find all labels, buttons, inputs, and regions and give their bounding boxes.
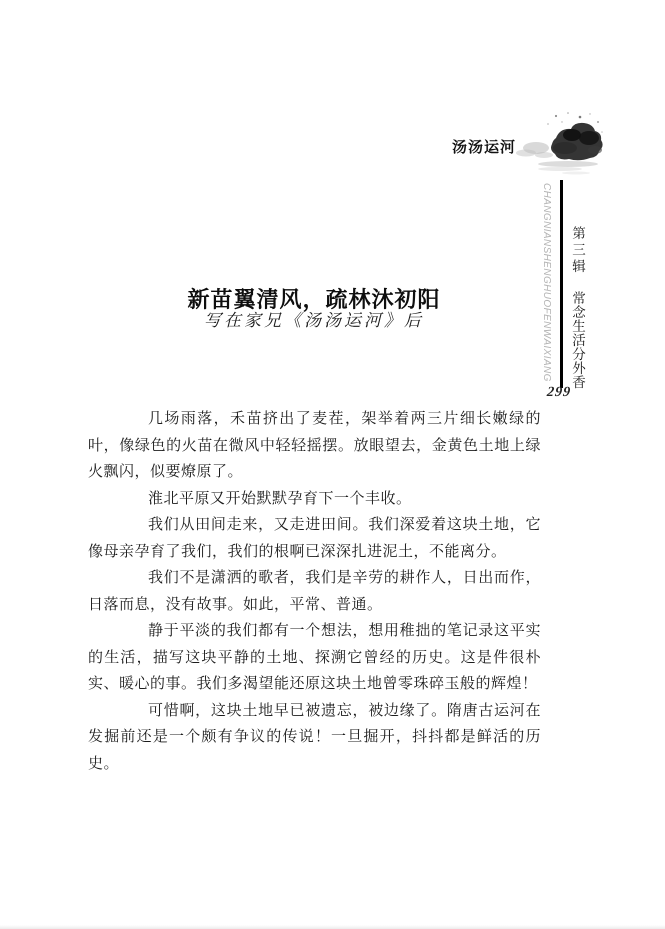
paragraph: 几场雨落，禾苗挤出了麦茬，架举着两三片细长嫩绿的叶，像绿色的火苗在微风中轻轻摇摆…	[88, 406, 541, 486]
paragraph: 我们从田间走来，又走进田间。我们深爱着这块土地，它像母亲孕育了我们，我们的根啊已…	[88, 512, 541, 565]
book-page: 汤汤运河 CHANGNIANSHENGHUOFENWAIXIANG 第三辑 常念…	[0, 0, 665, 929]
scan-bottom-edge	[0, 925, 665, 929]
paragraph: 可惜啊，这块土地早已被遗忘，被边缘了。隋唐古运河在发掘前还是一个颇有争议的传说！…	[88, 698, 541, 778]
sidebar-vertical-rule	[560, 180, 563, 388]
sidebar-section-label: 第三辑	[567, 226, 587, 276]
sidebar-section-title: 常念生活分外香	[567, 291, 587, 389]
article-subtitle: 写在家兄《汤汤运河》后	[88, 306, 540, 331]
ink-wash-painting-icon	[510, 108, 608, 182]
paragraph: 我们不是潇洒的歌者，我们是辛劳的耕作人，日出而作，日落而息，没有故事。如此，平常…	[88, 565, 541, 618]
page-number: 299	[546, 385, 572, 401]
running-head-book-title: 汤汤运河	[452, 136, 516, 157]
paragraph: 静于平淡的我们都有一个想法，想用稚拙的笔记录这平实的生活，描写这块平静的土地、探…	[88, 618, 541, 698]
paragraph: 淮北平原又开始默默孕育下一个丰收。	[88, 486, 541, 513]
sidebar-pinyin: CHANGNIANSHENGHUOFENWAIXIANG	[541, 183, 552, 389]
article-body: 几场雨落，禾苗挤出了麦茬，架举着两三片细长嫩绿的叶，像绿色的火苗在微风中轻轻摇摆…	[88, 406, 541, 777]
